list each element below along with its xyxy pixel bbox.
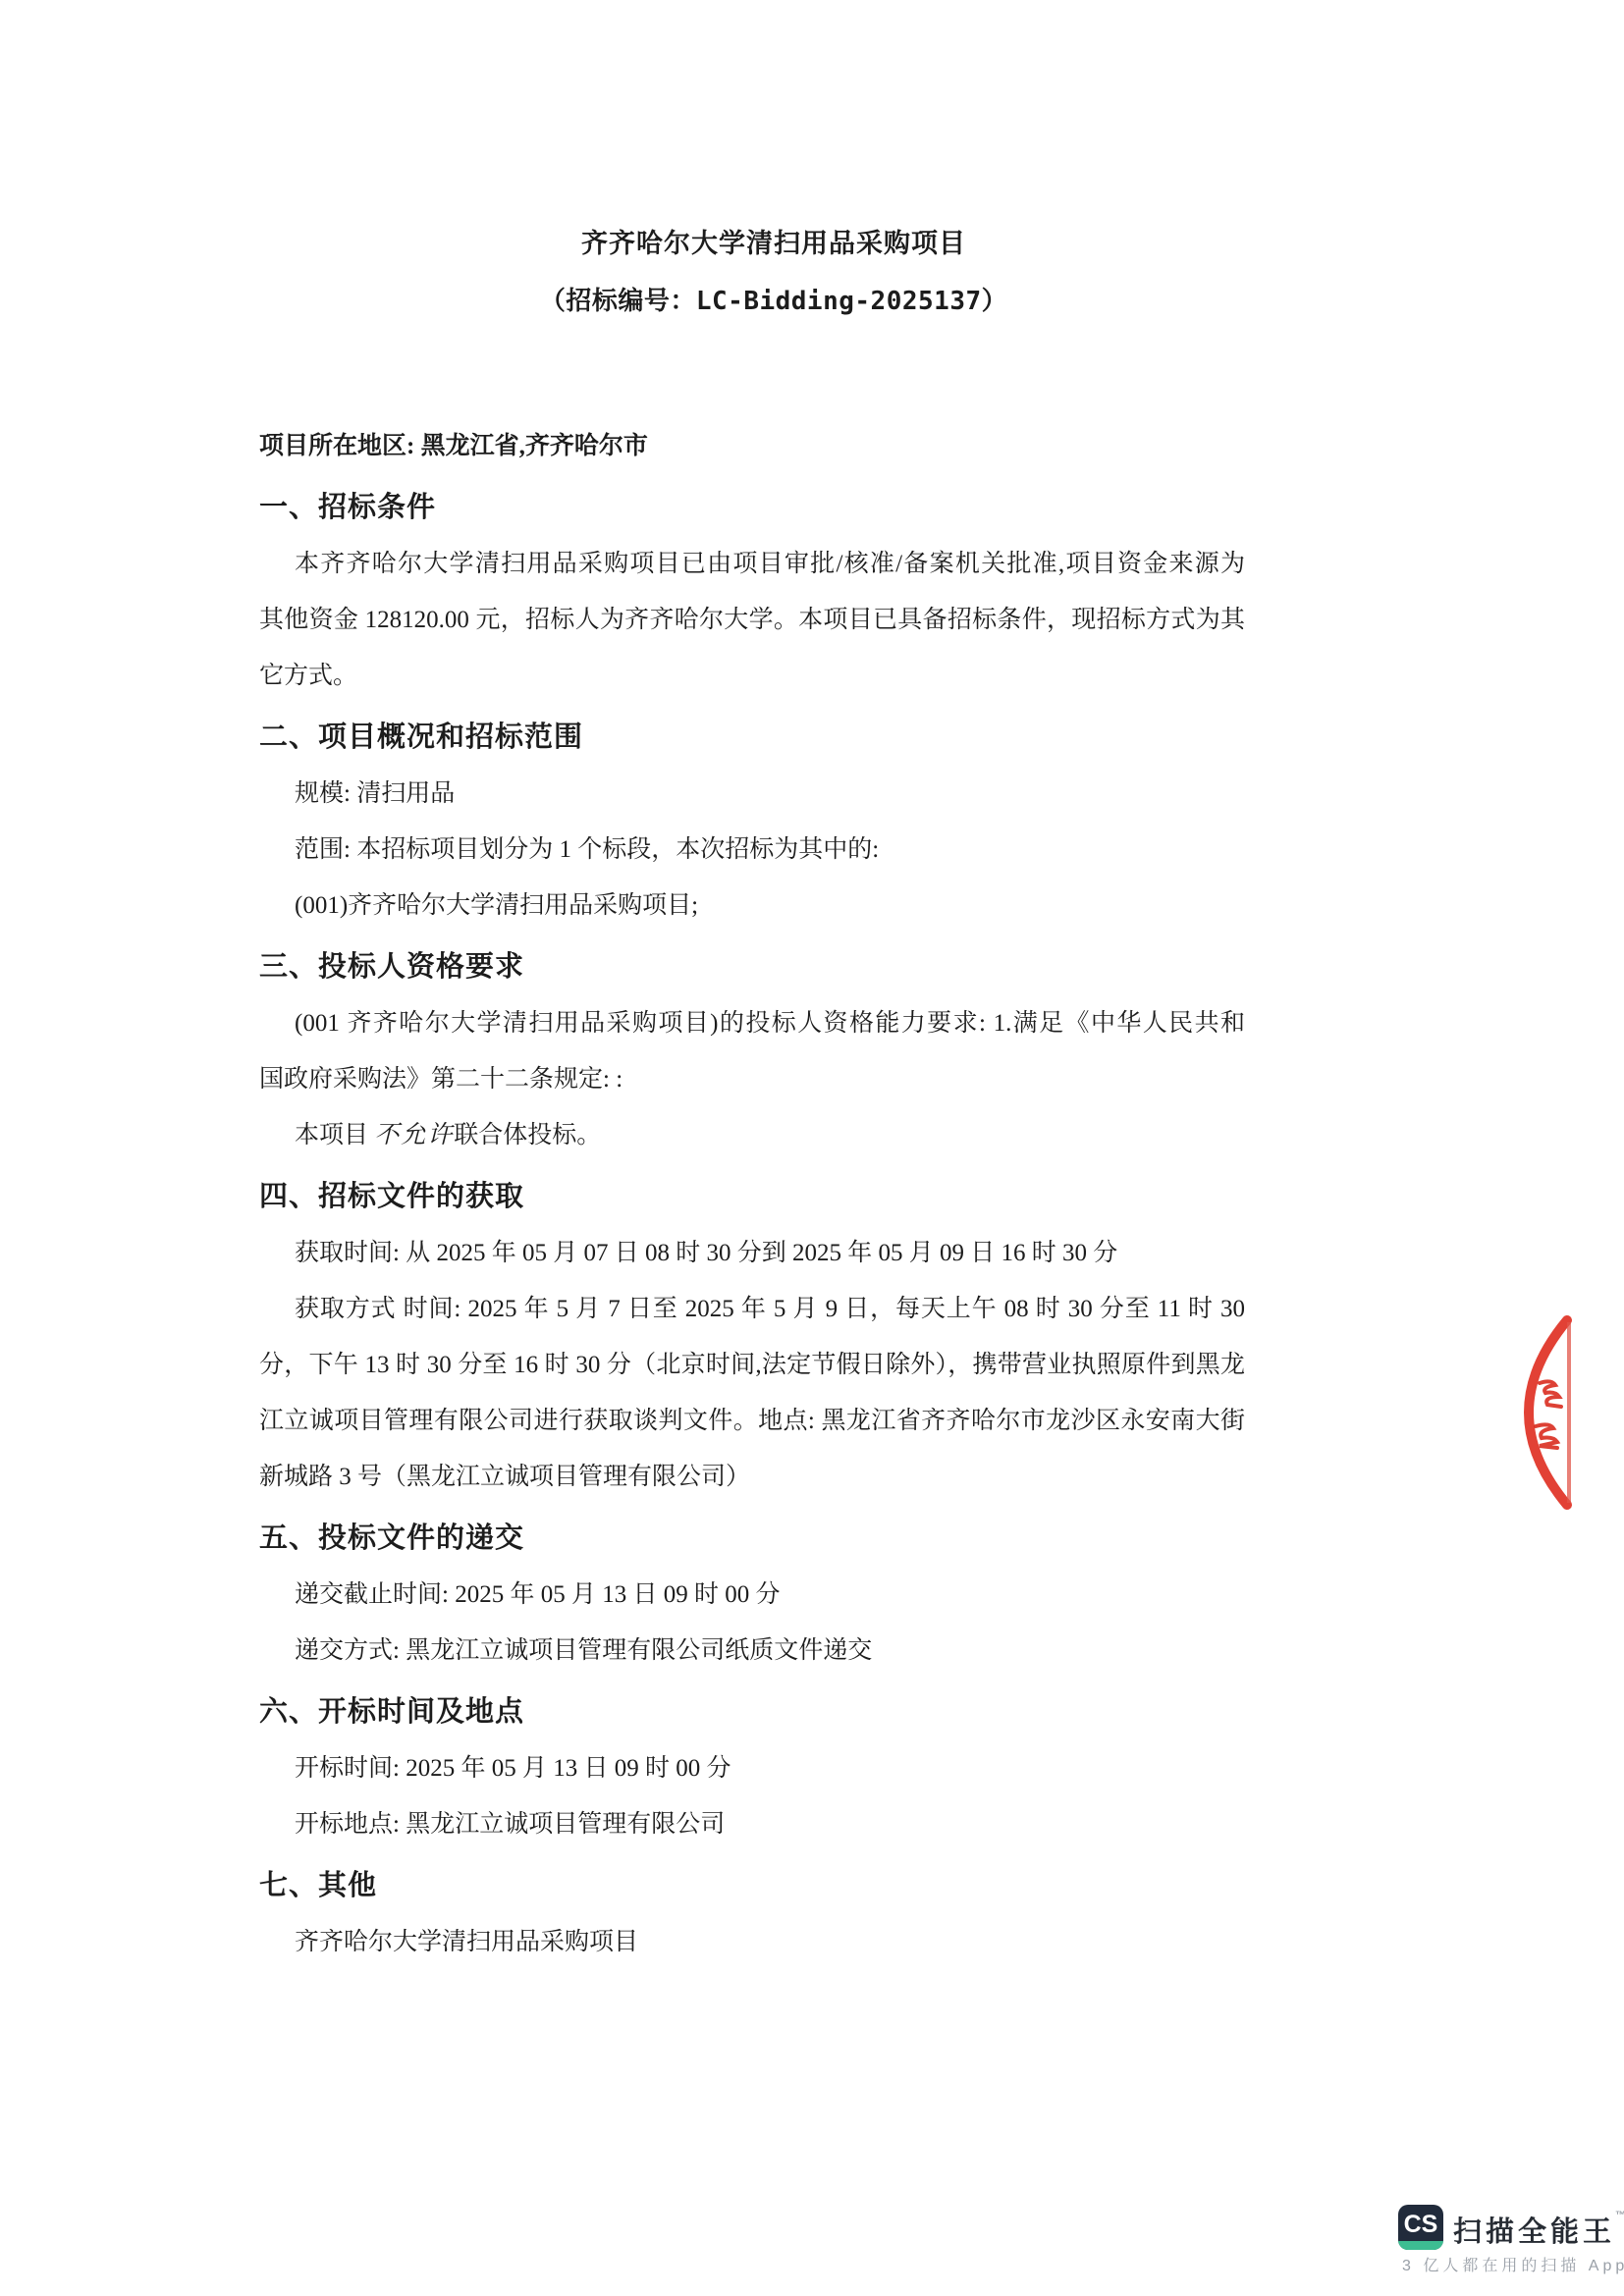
plain-text: 本项目 [295, 1122, 374, 1148]
camscanner-brand-line: 扫描全能王™ [1453, 2210, 1624, 2250]
seal-arc [1529, 1320, 1567, 1505]
section-line: 范围: 本招标项目划分为 1 个标段，本次招标为其中的: [259, 822, 1245, 878]
section-heading: 六、开标时间及地点 [259, 1684, 1245, 1740]
section-line: 它方式。 [259, 648, 1245, 704]
camscanner-icon-accent-bar [1398, 2241, 1443, 2250]
section-line: 规模: 清扫用品 [259, 766, 1245, 822]
section-line: 开标地点: 黑龙江立诚项目管理有限公司 [259, 1796, 1245, 1852]
camscanner-brand-name: 扫描全能王 [1453, 2216, 1615, 2248]
emphasized-text: 不允许 [374, 1122, 454, 1148]
section-line: 本项目 不允许联合体投标。 [259, 1107, 1245, 1163]
plain-text: 联合体投标。 [454, 1122, 601, 1148]
trademark-symbol: ™ [1615, 2210, 1624, 2221]
section-line: 国政府采购法》第二十二条规定: : [259, 1051, 1245, 1107]
seal-glyph-1 [1540, 1381, 1561, 1407]
camscanner-tagline: 3 亿人都在用的扫描 App [1402, 2253, 1624, 2275]
section-line: 江立诚项目管理有限公司进行获取谈判文件。地点: 黑龙江省齐齐哈尔市龙沙区永安南大… [259, 1393, 1245, 1449]
section-line: 获取时间: 从 2025 年 05 月 07 日 08 时 30 分到 2025… [259, 1225, 1245, 1281]
section-line: 递交截止时间: 2025 年 05 月 13 日 09 时 00 分 [259, 1567, 1245, 1623]
section-line: 其他资金 128120.00 元，招标人为齐齐哈尔大学。本项目已具备招标条件，现… [259, 592, 1245, 648]
document-sections: 一、招标条件本齐齐哈尔大学清扫用品采购项目已由项目审批/核准/备案机关批准,项目… [259, 480, 1245, 1970]
section-line: 本齐齐哈尔大学清扫用品采购项目已由项目审批/核准/备案机关批准,项目资金来源为 [259, 536, 1245, 592]
section-heading: 一、招标条件 [259, 480, 1245, 536]
section-line: (001 齐齐哈尔大学清扫用品采购项目)的投标人资格能力要求: 1.满足《中华人… [259, 995, 1245, 1051]
section-line: (001)齐齐哈尔大学清扫用品采购项目; [259, 878, 1245, 934]
red-seal-stamp [1492, 1301, 1610, 1517]
scanned-document-page: 齐齐哈尔大学清扫用品采购项目 （招标编号：LC-Bidding-2025137）… [0, 0, 1624, 2296]
camscanner-icon: CS [1398, 2205, 1443, 2250]
section-heading: 五、投标文件的递交 [259, 1511, 1245, 1567]
section-line: 开标时间: 2025 年 05 月 13 日 09 时 00 分 [259, 1740, 1245, 1796]
section-heading: 四、招标文件的获取 [259, 1169, 1245, 1225]
section-line: 分，下午 13 时 30 分至 16 时 30 分（北京时间,法定节假日除外），… [259, 1337, 1245, 1393]
document-subtitle: （招标编号：LC-Bidding-2025137） [281, 282, 1267, 321]
camscanner-icon-letters: CS [1404, 2211, 1438, 2239]
project-location-line: 项目所在地区: 黑龙江省,齐齐哈尔市 [259, 418, 1245, 474]
section-heading: 二、项目概况和招标范围 [259, 710, 1245, 766]
section-heading: 三、投标人资格要求 [259, 939, 1245, 995]
document-title: 齐齐哈尔大学清扫用品采购项目 [281, 224, 1267, 263]
section-line: 齐齐哈尔大学清扫用品采购项目 [259, 1914, 1245, 1970]
camscanner-watermark: CS 扫描全能王™ 3 亿人都在用的扫描 App [1398, 2202, 1624, 2280]
section-line: 递交方式: 黑龙江立诚项目管理有限公司纸质文件递交 [259, 1623, 1245, 1679]
section-heading: 七、其他 [259, 1858, 1245, 1914]
section-line: 获取方式 时间: 2025 年 5 月 7 日至 2025 年 5 月 9 日，… [259, 1281, 1245, 1337]
section-line: 新城路 3 号（黑龙江立诚项目管理有限公司） [259, 1449, 1245, 1505]
document-body: 齐齐哈尔大学清扫用品采购项目 （招标编号：LC-Bidding-2025137）… [259, 0, 1245, 1970]
seal-glyph-2 [1536, 1424, 1557, 1448]
